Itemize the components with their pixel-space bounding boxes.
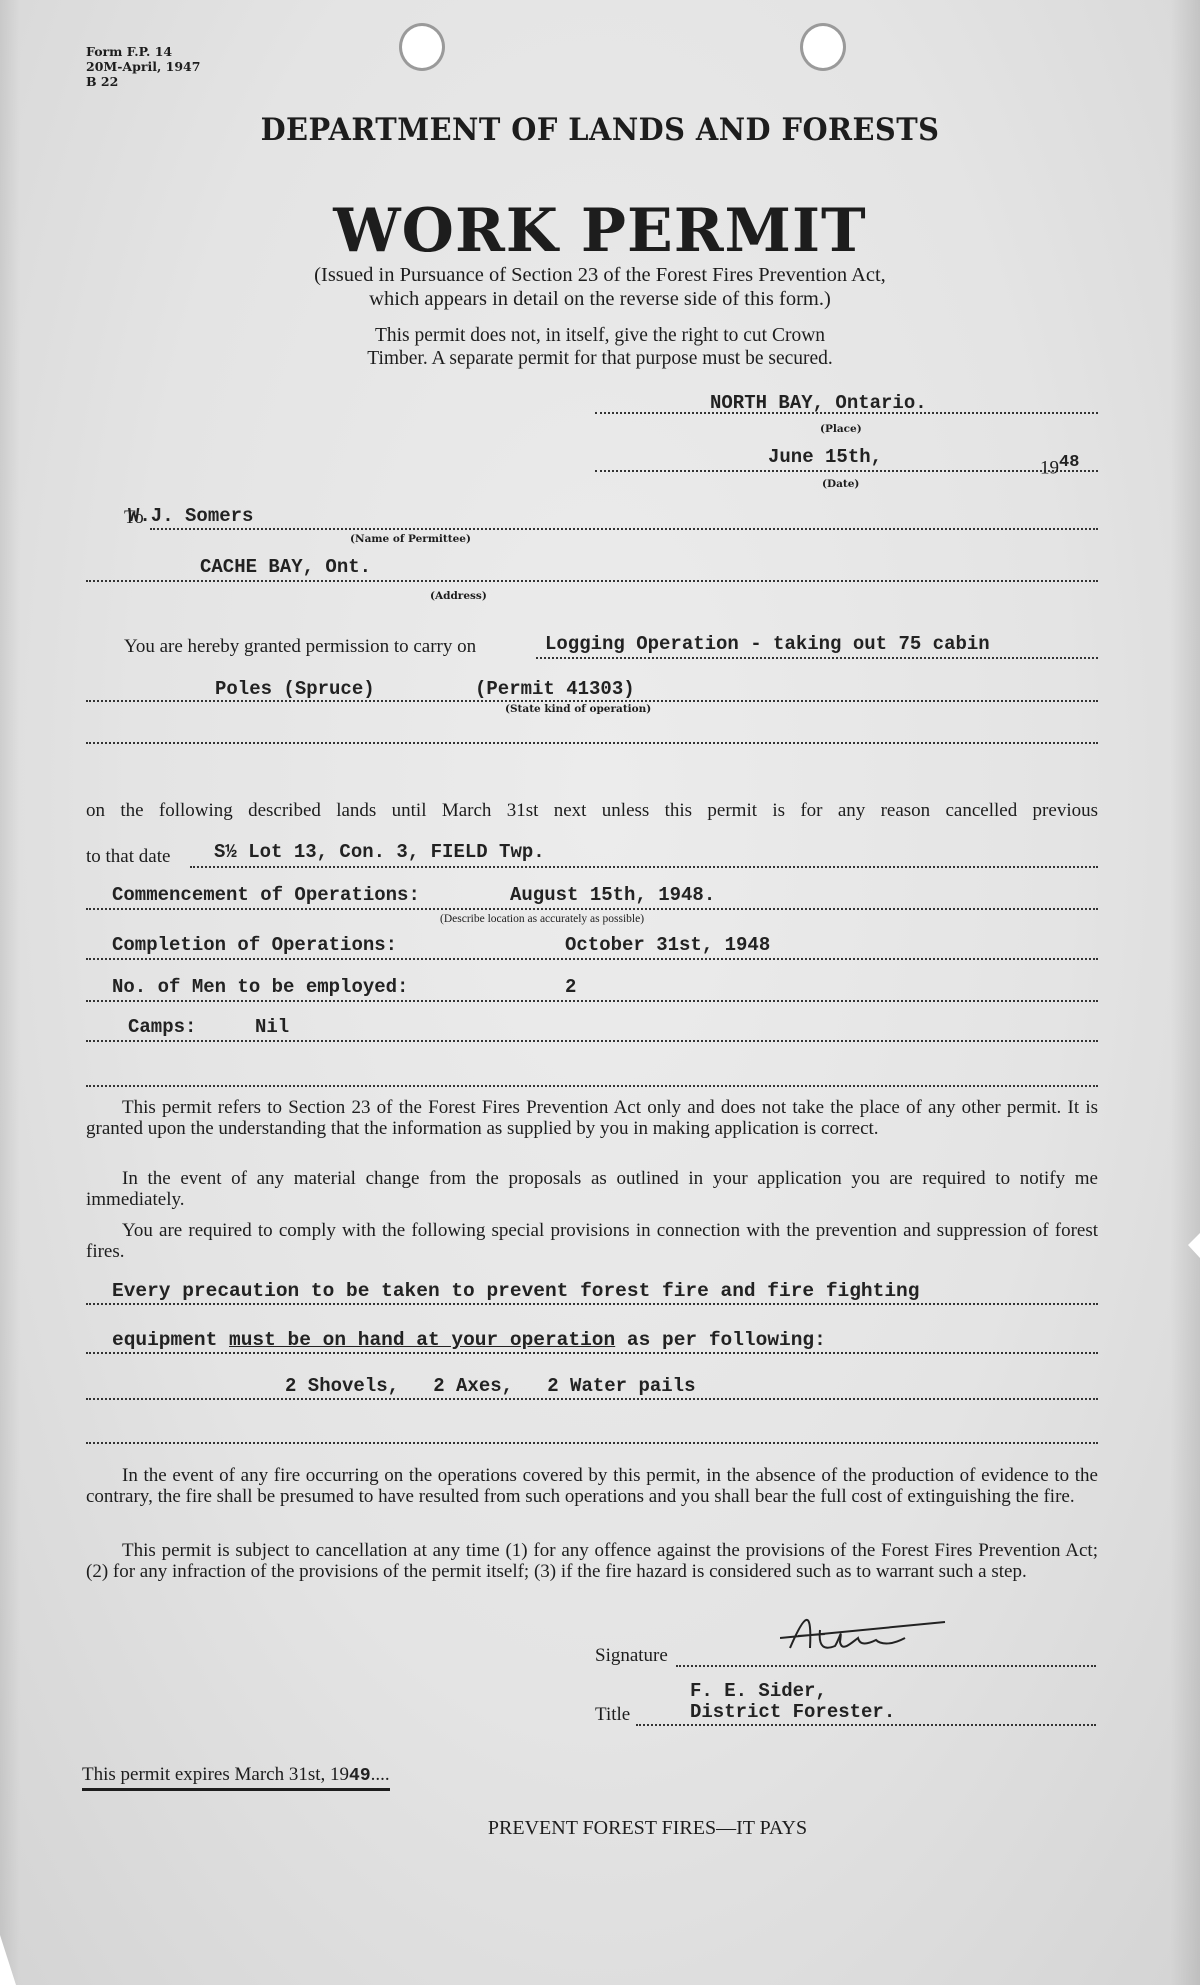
punch-hole (402, 26, 442, 68)
signer-name: F. E. Sider, (690, 1680, 827, 1702)
provisions-value-line-2: equipment must be on hand at your operat… (112, 1329, 826, 1351)
permittee-address-caption: (Address) (430, 590, 487, 602)
form-number: Form F.P. 14 (86, 44, 200, 59)
date-year: 1948 (1040, 453, 1079, 479)
expiry-note: This permit expires March 31st, 1949.... (82, 1764, 390, 1791)
paragraph-cancellation: This permit is subject to cancellation a… (86, 1540, 1098, 1582)
operation-permit-number: (Permit 41303) (475, 678, 635, 700)
operation-line-1 (536, 657, 1098, 659)
place-caption: (Place) (820, 423, 862, 435)
camps-value: Nil (255, 1016, 289, 1038)
punch-hole (803, 26, 843, 68)
issued-under-note: (Issued in Pursuance of Section 23 of th… (0, 263, 1200, 311)
paragraph-text: This permit refers to Section 23 of the … (86, 1097, 1098, 1139)
paragraph-text: In the event of any material change from… (86, 1168, 1098, 1210)
title-line (636, 1724, 1096, 1726)
slogan: PREVENT FOREST FIRES—IT PAYS (0, 1817, 1200, 1840)
operation-value-line-1: Logging Operation - taking out 75 cabin (545, 633, 990, 655)
location-caption: (Describe location as accurately as poss… (440, 913, 644, 925)
location-line (190, 866, 1098, 868)
date-line (595, 470, 1098, 472)
department-heading: DEPARTMENT OF LANDS AND FORESTS (42, 112, 1158, 148)
men-value: 2 (565, 976, 576, 998)
expiry-text: This permit expires March 31st, 19 (82, 1764, 349, 1785)
lands-lead-text: on the following described lands until M… (86, 800, 1098, 822)
expiry-year: 49 (349, 1766, 371, 1786)
title-label: Title (595, 1704, 630, 1726)
signature-label: Signature (595, 1645, 668, 1667)
operation-caption: (State kind of operation) (505, 703, 651, 715)
blank-line (86, 1085, 1098, 1087)
date-caption: (Date) (822, 478, 859, 490)
crown-timber-notice: This permit does not, in itself, give th… (0, 324, 1200, 370)
paragraph-fire-liability: In the event of any fire occurring on th… (86, 1465, 1098, 1507)
document-title: WORK PERMIT (0, 196, 1200, 266)
signature-line (676, 1665, 1096, 1667)
provisions-value-line-1: Every precaution to be taken to prevent … (112, 1280, 919, 1302)
provisions-text-a: equipment (112, 1329, 229, 1351)
commencement-value: August 15th, 1948. (510, 884, 715, 906)
commencement-label: Commencement of Operations: (112, 884, 420, 906)
paragraph-material-change: In the event of any material change from… (86, 1168, 1098, 1210)
camps-label: Camps: (128, 1016, 196, 1038)
expiry-trail: .... (371, 1764, 390, 1785)
location-value: S½ Lot 13, Con. 3, FIELD Twp. (214, 841, 545, 863)
issued-line-2: which appears in detail on the reverse s… (0, 287, 1200, 311)
permittee-address: CACHE BAY, Ont. (200, 556, 371, 578)
signer-title: District Forester. (690, 1701, 895, 1723)
completion-line (86, 958, 1098, 960)
completion-label: Completion of Operations: (112, 934, 397, 956)
place-value: NORTH BAY, Ontario. (710, 392, 927, 414)
permittee-name: W.J. Somers (128, 505, 253, 527)
provisions-line-1 (86, 1303, 1098, 1305)
paragraph-text: In the event of any fire occurring on th… (86, 1465, 1098, 1507)
provisions-text-c: as per following: (615, 1329, 826, 1351)
equipment-list: 2 Shovels, 2 Axes, 2 Water pails (285, 1375, 695, 1397)
issued-line-1: (Issued in Pursuance of Section 23 of th… (0, 263, 1200, 287)
men-line (86, 1000, 1098, 1002)
permittee-name-caption: (Name of Permittee) (350, 533, 471, 545)
provisions-line-4 (86, 1442, 1098, 1444)
signature-mark (780, 1608, 950, 1668)
permittee-name-text: W.J. Somers (128, 505, 253, 527)
notice-line-2: Timber. A separate permit for that purpo… (0, 347, 1200, 370)
permittee-address-line (86, 580, 1098, 582)
form-print-run: 20M-April, 1947 (86, 59, 200, 74)
date-year-prefix: 19 (1040, 457, 1059, 478)
date-value: June 15th, (768, 446, 882, 468)
provisions-text-underlined: must be on hand at your operation (229, 1329, 615, 1351)
paragraph-section-23: This permit refers to Section 23 of the … (86, 1097, 1098, 1139)
date-year-suffix: 48 (1059, 453, 1079, 472)
operation-line-3 (86, 742, 1098, 744)
operation-value-line-2a: Poles (Spruce) (215, 678, 375, 700)
provisions-line-2 (86, 1352, 1098, 1354)
men-label: No. of Men to be employed: (112, 976, 408, 998)
paragraph-special-provisions: You are required to comply with the foll… (86, 1220, 1098, 1262)
permittee-name-line (150, 528, 1098, 530)
operation-lead-text: You are hereby granted permission to car… (124, 636, 476, 658)
to-that-date-label: to that date (86, 846, 170, 868)
form-code: B 22 (86, 74, 200, 89)
completion-value: October 31st, 1948 (565, 934, 770, 956)
paragraph-text: You are required to comply with the foll… (86, 1220, 1098, 1262)
form-id-block: Form F.P. 14 20M-April, 1947 B 22 (86, 44, 200, 89)
operation-line-2 (86, 700, 1098, 702)
commencement-line (86, 908, 1098, 910)
paragraph-text: This permit is subject to cancellation a… (86, 1540, 1098, 1582)
camps-line (86, 1040, 1098, 1042)
notice-line-1: This permit does not, in itself, give th… (0, 324, 1200, 347)
provisions-line-3 (86, 1398, 1098, 1400)
